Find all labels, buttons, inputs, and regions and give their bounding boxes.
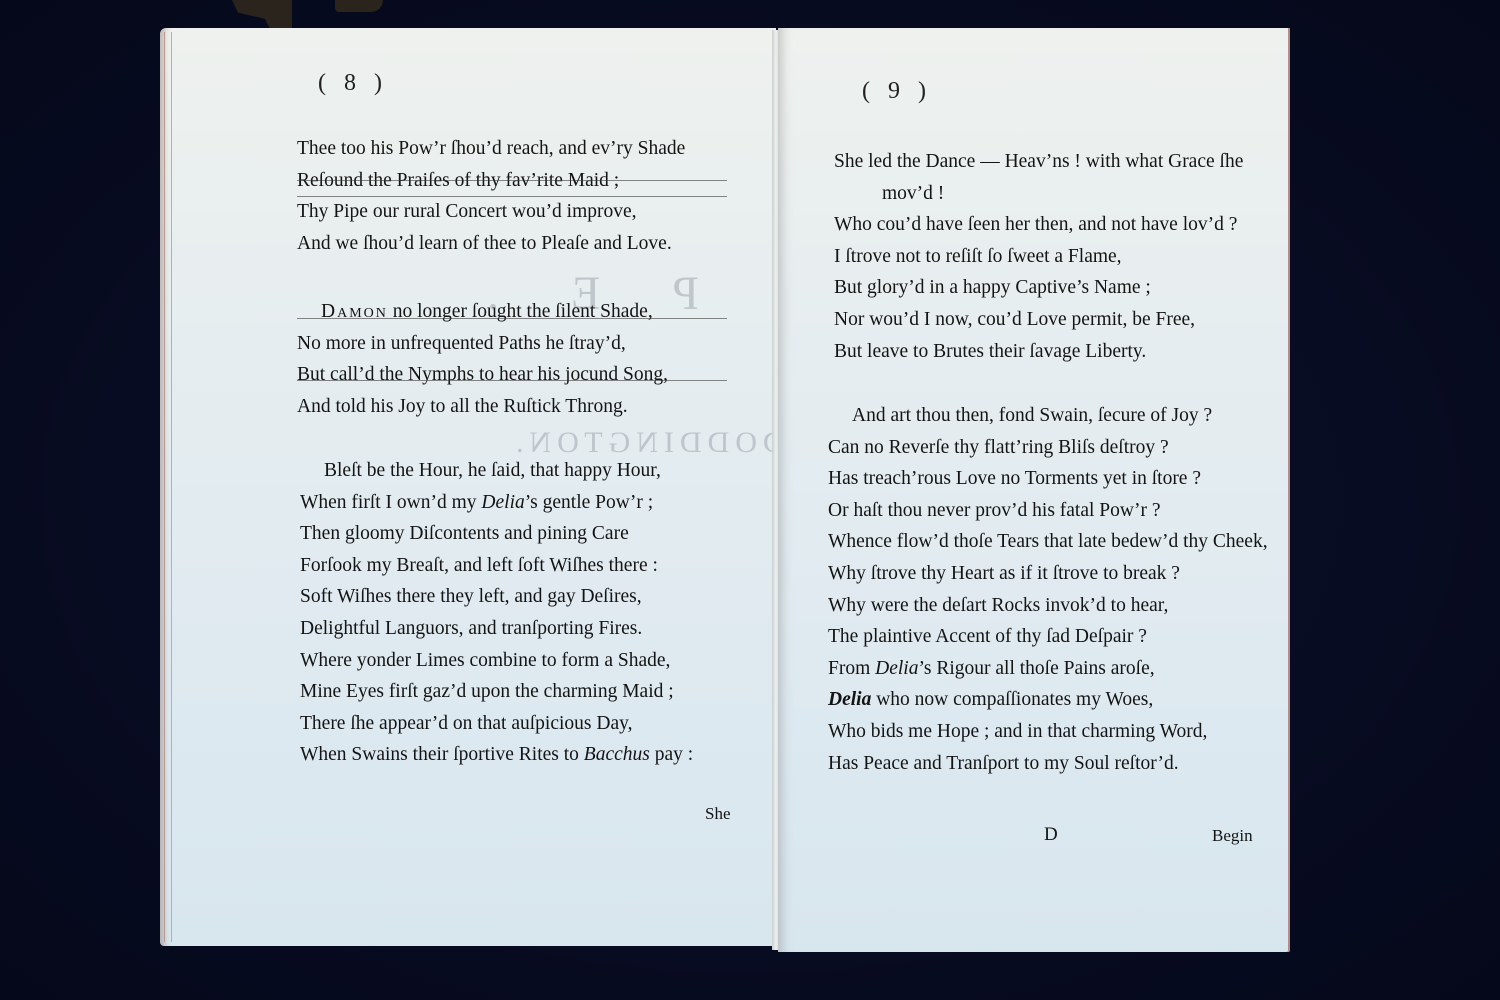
page-number-right: ( 9 ) [862,78,932,105]
verse-line: She led the Dance — Heav’ns ! with what … [834,146,1243,178]
verse-line: Thee too his Pow’r ſhou’d reach, and ev’… [297,133,685,165]
verse-line: From Delia’s Rigour all thoſe Pains aroſ… [828,653,1268,685]
catchword-left: She [705,804,731,824]
verse-line: I ſtrove not to reſiſt ſo ſweet a Flame, [834,241,1243,273]
verse-line: Then gloomy Diſcontents and pining Care [300,518,693,550]
verse-line: And art thou then, fond Swain, ſecure of… [828,400,1268,432]
verse-line: Has treach’rous Love no Torments yet in … [828,463,1268,495]
verse-line: Mine Eyes firſt gaz’d upon the charming … [300,676,693,708]
right-stanza-2: And art thou then, fond Swain, ſecure of… [828,400,1268,779]
rule-line [297,196,727,197]
verse-line: Delightful Languors, and tranſporting Fi… [300,613,693,645]
verse-line: When firſt I own’d my Delia’s gentle Pow… [300,487,693,519]
verse-line: When Swains their ſportive Rites to Bacc… [300,739,693,771]
verse-line: Whence flow’d thoſe Tears that late bede… [828,526,1268,558]
verse-line: The plaintive Accent of thy ſad Deſpair … [828,621,1268,653]
verse-line: Can no Reverſe thy flatt’ring Bliſs deſt… [828,432,1268,464]
verse-line: But leave to Brutes their ſavage Liberty… [834,336,1243,368]
binder-clip-edge [335,0,383,12]
verse-line: Why ſtrove thy Heart as if it ſtrove to … [828,558,1268,590]
verse-line: No more in unfrequented Paths he ſtray’d… [297,328,668,360]
verse-line: Has Peace and Tranſport to my Soul reſto… [828,748,1268,780]
page-number-left: ( 8 ) [318,70,388,97]
left-stanza-2: Damon no longer ſought the ſilent Shade,… [297,296,668,422]
left-stanza-3: Bleſt be the Hour, he ſaid, that happy H… [300,455,693,771]
verse-line: Delia who now compaſſionates my Woes, [828,684,1268,716]
verse-line: Forſook my Breaſt, and left ſoft Wiſhes … [300,550,693,582]
verse-line: Nor wou’d I now, cou’d Love permit, be F… [834,304,1243,336]
right-stanza-1: She led the Dance — Heav’ns ! with what … [834,146,1243,367]
verse-line: Who cou’d have ſeen her then, and not ha… [834,209,1243,241]
rule-line [297,380,727,381]
catchword-right: Begin [1212,826,1253,846]
verse-line: Why were the deſart Rocks invok’d to hea… [828,590,1268,622]
verse-line: Soft Wiſhes there they left, and gay Deſ… [300,581,693,613]
verse-line: Bleſt be the Hour, he ſaid, that happy H… [300,455,693,487]
verse-line: But glory’d in a happy Captive’s Name ; [834,272,1243,304]
verse-line: And told his Joy to all the Ruſtick Thro… [297,391,668,423]
verse-line: But call’d the Nymphs to hear his jocund… [297,359,668,391]
signature-mark: D [1044,824,1058,846]
rule-line [297,318,727,319]
verse-line: And we ſhou’d learn of thee to Pleaſe an… [297,228,685,260]
verse-line: mov’d ! [834,178,1243,210]
verse-line: Thy Pipe our rural Concert wou’d improve… [297,196,685,228]
verse-line: Or haſt thou never prov’d his fatal Pow’… [828,495,1268,527]
rule-line [297,180,727,181]
verse-line: There ſhe appear’d on that auſpicious Da… [300,708,693,740]
verse-line: Where yonder Limes combine to form a Sha… [300,645,693,677]
verse-line: Who bids me Hope ; and in that charming … [828,716,1268,748]
verse-line: Damon no longer ſought the ſilent Shade, [297,296,668,328]
